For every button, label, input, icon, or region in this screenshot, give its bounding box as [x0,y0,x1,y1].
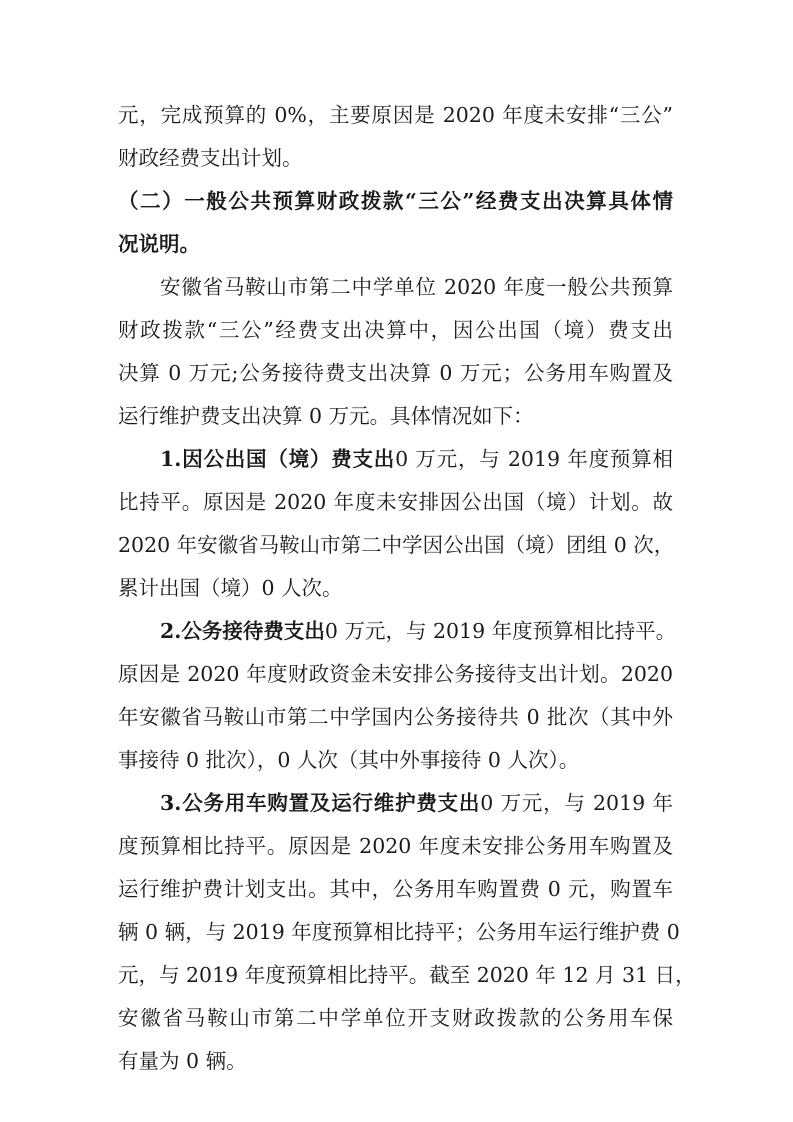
paragraph-line: 财政拨款“三公”经费支出决算中，因公出国（境）费支出 [118,315,673,345]
item-1-text: 0 万元，与 2019 年度预算相 [395,447,673,471]
paragraph-line: 比持平。原因是 2020 年度未安排因公出国（境）计划。故 [118,487,673,517]
paragraph-line: 事接待 0 批次），0 人次（其中外事接待 0 人次）。 [118,745,673,775]
item-1-first-line: 1.因公出国（境）费支出0 万元，与 2019 年度预算相 [160,444,673,474]
paragraph-line: 元，完成预算的 0%，主要原因是 2020 年度未安排“三公” [118,100,673,130]
paragraph-line: 2020 年安徽省马鞍山市第二中学因公出国（境）团组 0 次， [118,530,673,560]
paragraph-line: 原因是 2020 年度财政资金未安排公务接待支出计划。2020 [118,659,673,689]
section-heading: 况说明。 [118,229,673,259]
item-3-text: 0 万元，与 2019 年 [480,791,673,815]
paragraph-line: 决算 0 万元;公务接待费支出决算 0 万元；公务用车购置及 [118,358,673,388]
paragraph-line: 运行维护费支出决算 0 万元。具体情况如下： [118,401,673,431]
document-page: 元，完成预算的 0%，主要原因是 2020 年度未安排“三公” 财政经费支出计划… [0,0,793,1122]
item-2-first-line: 2.公务接待费支出0 万元，与 2019 年度预算相比持平。 [160,616,673,646]
item-2-text: 0 万元，与 2019 年度预算相比持平。 [325,619,676,643]
paragraph-line: 运行维护费计划支出。其中，公务用车购置费 0 元，购置车 [118,874,673,904]
paragraph-line: 财政经费支出计划。 [118,143,673,173]
item-1-label: 1.因公出国（境）费支出 [160,447,395,471]
paragraph-line: 安徽省马鞍山市第二中学单位 2020 年度一般公共预算 [160,272,673,302]
paragraph-line: 累计出国（境）0 人次。 [118,573,673,603]
item-2-label: 2.公务接待费支出 [160,619,325,643]
paragraph-line: 辆 0 辆，与 2019 年度预算相比持平；公务用车运行维护费 0 [118,917,673,947]
paragraph-line: 年安徽省马鞍山市第二中学国内公务接待共 0 批次（其中外 [118,702,673,732]
paragraph-line: 有量为 0 辆。 [118,1046,673,1076]
paragraph-line: 度预算相比持平。原因是 2020 年度未安排公务用车购置及 [118,831,673,861]
paragraph-line: 安徽省马鞍山市第二中学单位开支财政拨款的公务用车保 [118,1003,673,1033]
paragraph-line: 元，与 2019 年度预算相比持平。截至 2020 年 12 月 31 日， [118,960,673,990]
item-3-first-line: 3.公务用车购置及运行维护费支出0 万元，与 2019 年 [160,788,673,818]
item-3-label: 3.公务用车购置及运行维护费支出 [160,791,480,815]
section-heading: （二）一般公共预算财政拨款“三公”经费支出决算具体情 [118,186,673,216]
